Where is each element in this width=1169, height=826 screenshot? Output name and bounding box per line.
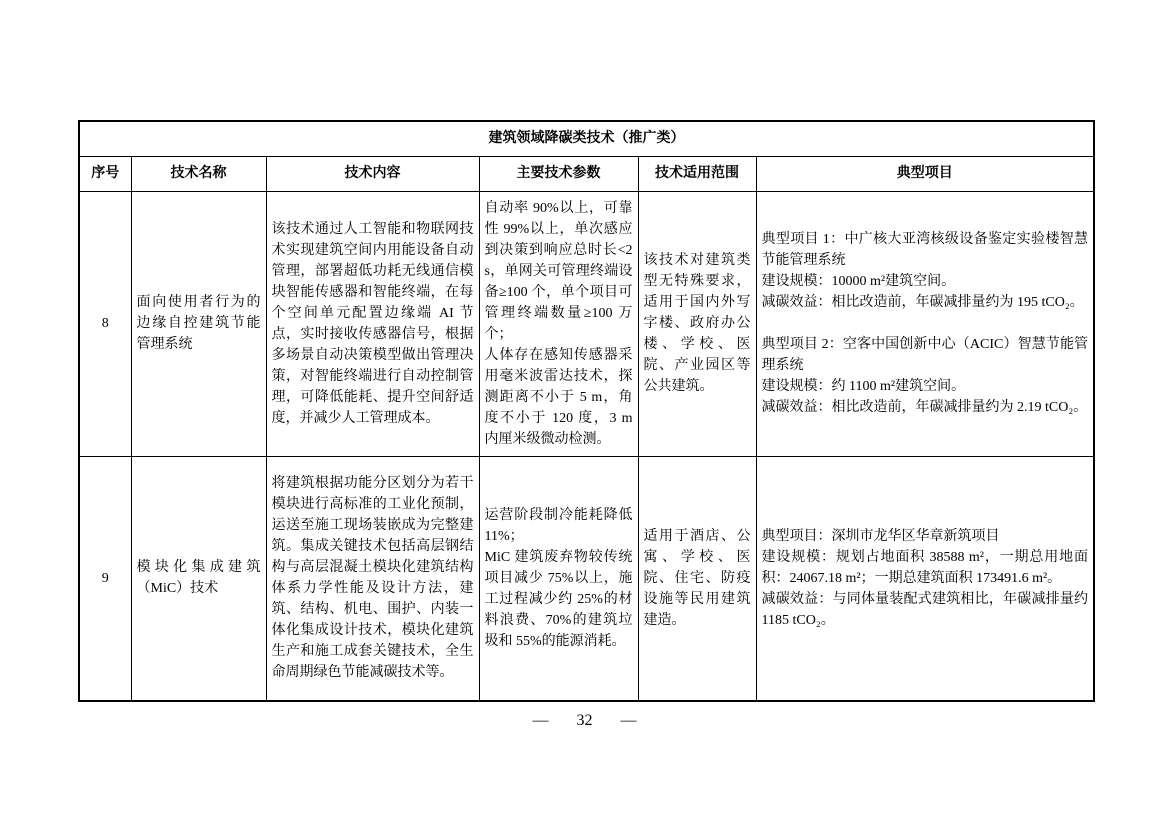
table-header-row: 序号 技术名称 技术内容 主要技术参数 技术适用范围 典型项目 — [79, 156, 1094, 191]
row9-param-1: 运营阶段制冷能耗降低 11%； — [485, 505, 633, 547]
row9-tech-content-text: 将建筑根据功能分区划分为若干模块进行高标准的工业化预制，运送至施工现场装嵌成为完… — [272, 473, 474, 683]
header-tech-params: 主要技术参数 — [479, 156, 638, 191]
row8-tech-name: 面向使用者行为的边缘自控建筑节能管理系统 — [131, 191, 266, 456]
row8-tech-content: 该技术通过人工智能和物联网技术实现建筑空间内用能设备自动管理，部署超低功耗无线通… — [266, 191, 479, 456]
row8-index: 8 — [79, 191, 131, 456]
row8-param-1: 自动率 90%以上，可靠性 99%以上，单次感应到决策到响应总时长<2 s，单网… — [485, 198, 633, 345]
footer-dash-right: — — [621, 712, 637, 730]
row9-tech-params: 运营阶段制冷能耗降低 11%； MiC 建筑废弃物较传统项目减少 75%以上，施… — [479, 456, 638, 701]
row8-typical-projects: 典型项目 1：中广核大亚湾核级设备鉴定实验楼智慧节能管理系统 建设规模：1000… — [756, 191, 1094, 456]
row8-scope: 该技术对建筑类型无特殊要求，适用于国内外写字楼、政府办公楼、学校、医院、产业园区… — [638, 191, 756, 456]
project-gap — [762, 313, 1089, 334]
row9-scope-text: 适用于酒店、公寓、学校、医院、住宅、防疫设施等民用建筑建造。 — [644, 526, 751, 631]
table-title-row: 建筑领域降碳类技术（推广类） — [79, 121, 1094, 156]
header-index: 序号 — [79, 156, 131, 191]
header-typical-projects: 典型项目 — [756, 156, 1094, 191]
table-title: 建筑领域降碳类技术（推广类） — [79, 121, 1094, 156]
row9-tech-name-text: 模块化集成建筑（MiC）技术 — [137, 557, 261, 599]
header-tech-content: 技术内容 — [266, 156, 479, 191]
document-page: 建筑领域降碳类技术（推广类） 序号 技术名称 技术内容 主要技术参数 技术适用范… — [0, 0, 1169, 826]
page-footer: — 32 — — [0, 712, 1169, 730]
row8-tech-content-text: 该技术通过人工智能和物联网技术实现建筑空间内用能设备自动管理，部署超低功耗无线通… — [272, 219, 474, 429]
page-number: 32 — [577, 712, 593, 730]
footer-dash-left: — — [533, 712, 549, 730]
row8-project2-benefit: 减碳效益：相比改造前，年碳减排量约为 2.19 tCO₂。 — [762, 397, 1089, 418]
table-row: 9 模块化集成建筑（MiC）技术 将建筑根据功能分区划分为若干模块进行高标准的工… — [79, 456, 1094, 701]
header-tech-name: 技术名称 — [131, 156, 266, 191]
row8-param-2: 人体存在感知传感器采用毫米波雷达技术，探测距离不小于 5 m，角度不小于 120… — [485, 345, 633, 450]
row8-project1-benefit: 减碳效益：相比改造前，年碳减排量约为 195 tCO₂。 — [762, 292, 1089, 313]
row9-param-2: MiC 建筑废弃物较传统项目减少 75%以上，施工过程减少约 25%的材料浪费、… — [485, 547, 633, 652]
tech-table: 建筑领域降碳类技术（推广类） 序号 技术名称 技术内容 主要技术参数 技术适用范… — [78, 120, 1095, 702]
row8-tech-params: 自动率 90%以上，可靠性 99%以上，单次感应到决策到响应总时长<2 s，单网… — [479, 191, 638, 456]
row8-project2-title: 典型项目 2：空客中国创新中心（ACIC）智慧节能管理系统 — [762, 334, 1089, 376]
row9-index: 9 — [79, 456, 131, 701]
row8-project1-title: 典型项目 1：中广核大亚湾核级设备鉴定实验楼智慧节能管理系统 — [762, 229, 1089, 271]
header-scope: 技术适用范围 — [638, 156, 756, 191]
row8-scope-text: 该技术对建筑类型无特殊要求，适用于国内外写字楼、政府办公楼、学校、医院、产业园区… — [644, 250, 751, 397]
row9-tech-content: 将建筑根据功能分区划分为若干模块进行高标准的工业化预制，运送至施工现场装嵌成为完… — [266, 456, 479, 701]
row8-project2-scale: 建设规模：约 1100 m²建筑空间。 — [762, 376, 1089, 397]
row8-tech-name-text: 面向使用者行为的边缘自控建筑节能管理系统 — [137, 292, 261, 355]
row9-project-title: 典型项目：深圳市龙华区华章新筑项目 — [762, 526, 1089, 547]
table-row: 8 面向使用者行为的边缘自控建筑节能管理系统 该技术通过人工智能和物联网技术实现… — [79, 191, 1094, 456]
row9-tech-name: 模块化集成建筑（MiC）技术 — [131, 456, 266, 701]
row9-project-benefit: 减碳效益：与同体量装配式建筑相比，年碳减排量约 1185 tCO₂。 — [762, 589, 1089, 631]
row9-scope: 适用于酒店、公寓、学校、医院、住宅、防疫设施等民用建筑建造。 — [638, 456, 756, 701]
row9-typical-projects: 典型项目：深圳市龙华区华章新筑项目 建设规模：规划占地面积 38588 m²，一… — [756, 456, 1094, 701]
row9-project-scale: 建设规模：规划占地面积 38588 m²，一期总用地面积：24067.18 m²… — [762, 547, 1089, 589]
row8-project1-scale: 建设规模：10000 m²建筑空间。 — [762, 271, 1089, 292]
